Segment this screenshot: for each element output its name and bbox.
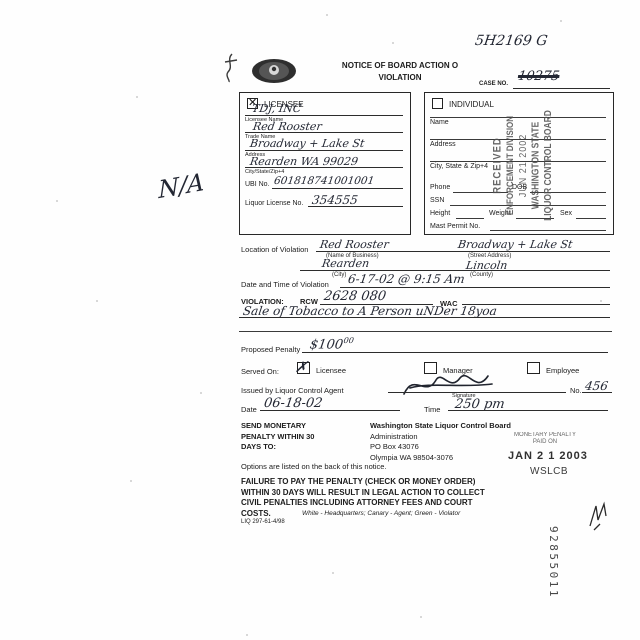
location-line2 — [300, 270, 610, 271]
agent-no-label: No. — [570, 386, 582, 395]
agent-no-value: 456 — [584, 379, 609, 393]
failure-line2: WITHIN 30 DAYS WILL RESULT IN LEGAL ACTI… — [241, 488, 485, 499]
failure-line3: CIVIL PENALTIES INCLUDING ATTORNEY FEES … — [241, 498, 485, 509]
agent-no-line — [582, 392, 612, 393]
issue-date-label: Date — [241, 405, 257, 414]
ssn-label: SSN — [430, 197, 444, 204]
liquor-license-line — [308, 206, 403, 207]
location-street-value: Broadway + Lake St — [457, 238, 573, 251]
noise-speck — [332, 572, 334, 574]
issue-time-line — [448, 410, 608, 411]
received-stamp: RECEIVED ENFORCEMENT DIVISION JUN 21 200… — [448, 100, 598, 230]
liquor-license-label: Liquor License No. — [245, 200, 303, 207]
failure-line1: FAILURE TO PAY THE PENALTY (CHECK OR MON… — [241, 477, 485, 488]
noise-speck — [246, 634, 248, 636]
noise-speck — [420, 616, 422, 618]
board-address-line2: Administration — [370, 432, 511, 443]
noise-speck — [136, 96, 138, 98]
received-stamp-line3: WASHINGTON STATE — [529, 90, 542, 240]
issue-date-value: 06-18-02 — [263, 396, 324, 411]
licensee-name-line — [245, 115, 403, 116]
violation-description: Sale of Tobacco to A Person uNDer 18yoa — [242, 304, 498, 318]
ubi-line — [272, 188, 403, 189]
paid-on-label-line1: MONETARY PENALTY — [497, 432, 593, 439]
penalty-line — [302, 352, 608, 353]
received-stamp-date: JUN 21 2002 — [517, 90, 530, 240]
datetime-value: 6-17-02 @ 9:15 Am — [347, 272, 466, 286]
handwritten-na-note: N/A — [158, 168, 205, 204]
form-title-line2: VIOLATION — [300, 73, 500, 82]
issue-date-line — [260, 410, 400, 411]
served-employee-label: Employee — [546, 366, 579, 375]
board-address-line4: Olympia WA 98504-3076 — [370, 453, 511, 464]
penalty-amount: $100 — [309, 337, 344, 352]
issue-time-label: Time — [424, 405, 440, 414]
location-business-value: Red Rooster — [319, 238, 390, 251]
served-licensee-x: ✗ — [294, 358, 309, 376]
location-city-value: Rearden — [321, 257, 370, 270]
violation-desc-line — [239, 317, 610, 318]
served-licensee-label: Licensee — [316, 366, 346, 375]
send-to-line2: PENALTY WITHIN 30 — [241, 432, 314, 443]
noise-speck — [560, 20, 562, 22]
served-employee-checkbox — [527, 362, 540, 374]
case-no-struck-value: 10275 — [517, 69, 560, 84]
county-caption: (County) — [470, 272, 493, 278]
case-no-label: CASE NO. — [479, 81, 508, 87]
paid-stamp-date: JAN 2 1 2003 — [508, 450, 588, 462]
penalty-cents: 00 — [343, 336, 354, 345]
signature-line — [388, 392, 566, 393]
form-title-line1: NOTICE OF BOARD ACTION O — [300, 61, 500, 70]
board-address-line1: Washington State Liquor Control Board — [370, 421, 511, 432]
board-address-line3: PO Box 43076 — [370, 442, 511, 453]
scanned-violation-notice: 5H2169 G NOTICE OF BOARD ACTION O VIOLAT… — [0, 0, 640, 640]
copy-distribution-note: White - Headquarters; Canary - Agent; Gr… — [302, 510, 460, 517]
datetime-line — [340, 287, 610, 288]
individual-checkbox — [432, 98, 443, 109]
paid-on-label-line2: PAID ON — [497, 439, 593, 446]
section-separator — [239, 331, 612, 332]
margin-scribble — [584, 500, 614, 534]
location-line1 — [316, 251, 610, 252]
location-label: Location of Violation — [241, 245, 308, 254]
noise-speck — [130, 480, 132, 482]
agent-signature — [400, 368, 500, 400]
city-caption: (City) — [332, 272, 346, 278]
noise-speck — [326, 14, 328, 16]
served-on-label: Served On: — [241, 367, 279, 376]
penalty-value: $10000 — [309, 336, 355, 352]
trade-name-line — [245, 132, 403, 133]
received-stamp-line1: RECEIVED — [491, 90, 504, 240]
send-to-line1: SEND MONETARY — [241, 421, 314, 432]
liquor-license-value: 354555 — [311, 193, 359, 207]
form-code: LIQ 297-61-4/98 — [241, 519, 285, 525]
side-document-number: 92855011 — [548, 526, 560, 630]
options-note: Options are listed on the back of this n… — [241, 462, 387, 471]
received-stamp-line2: ENFORCEMENT DIVISION — [504, 90, 517, 240]
handwritten-case-number: 5H2169 G — [474, 33, 549, 49]
paid-stamp-org: WSLCB — [530, 466, 568, 477]
noise-speck — [392, 42, 394, 44]
noise-speck — [600, 300, 602, 302]
name-label: Name — [430, 119, 449, 126]
agency-seal-icon — [250, 56, 298, 86]
ubi-value: 601818741001001 — [273, 175, 375, 187]
datetime-label: Date and Time of Violation — [241, 280, 329, 289]
send-to-line3: DAYS TO: — [241, 442, 314, 453]
penalty-label: Proposed Penalty — [241, 345, 300, 354]
case-no-underline — [513, 88, 610, 89]
address-value: Broadway + Lake St — [249, 137, 365, 150]
noise-speck — [56, 200, 58, 202]
issued-by-label: Issued by Liquor Control Agent — [241, 386, 344, 395]
noise-speck — [200, 392, 202, 394]
ubi-label: UBI No. — [245, 181, 270, 188]
licensee-name-value: TDJ, INC — [251, 102, 302, 115]
rcw-value: 2628 080 — [323, 289, 387, 304]
city-state-zip-line — [245, 167, 403, 168]
noise-speck — [96, 300, 98, 302]
address-line — [245, 150, 403, 151]
received-stamp-line4: LIQUOR CONTROL BOARD — [542, 90, 555, 240]
pencil-doodle — [220, 52, 242, 84]
